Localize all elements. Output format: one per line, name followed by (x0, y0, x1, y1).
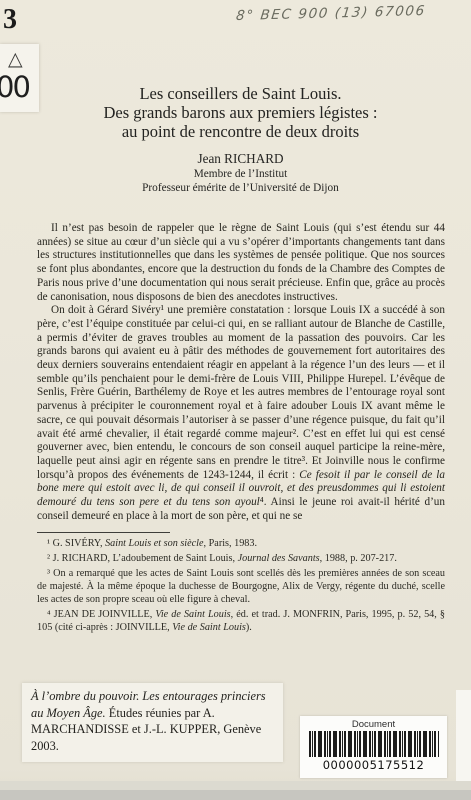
footnote-4: ⁴ JEAN DE JOINVILLE, Vie de Saint Louis,… (37, 609, 445, 635)
body-text-column: Il n’est pas besoin de rappeler que le r… (37, 222, 445, 637)
scan-band-dark (0, 790, 471, 800)
barcode-icon (309, 731, 439, 757)
title-line-1: Les conseillers de Saint Louis. (37, 84, 444, 103)
footnote-1: ¹ G. SIVÉRY, Saint Louis et son siècle, … (37, 538, 445, 551)
triangle-mark-icon: △ (8, 48, 23, 70)
page-corner-number: 3 (3, 4, 17, 36)
scan-edge-right (456, 690, 471, 788)
title-line-2: Des grands barons aux premiers légistes … (37, 103, 444, 122)
author-role-1: Membre de l’Institut (37, 168, 444, 182)
footnote-1-suffix: , Paris, 1983. (204, 538, 257, 549)
author-block: Jean RICHARD Membre de l’Institut Profes… (37, 151, 444, 196)
barcode-number: 0000005175512 (323, 758, 425, 772)
paragraph2-text: On doit à Gérard Sivéry¹ une première co… (37, 304, 445, 480)
spine-label-number: 00 (0, 70, 29, 104)
footnote-1-text: ¹ G. SIVÉRY, (47, 538, 105, 549)
scanned-article-page: 3 △ 00 8° BEC 900 (13) 67006 Les conseil… (0, 0, 471, 800)
author-role-2: Professeur émérite de l’Université de Di… (37, 182, 444, 196)
scan-band-light (0, 781, 471, 790)
title-line-3: au point de rencontre de deux droits (37, 122, 444, 141)
footnote-4-title-2: Vie de Saint Louis (172, 622, 246, 633)
footnote-2-suffix: , 1988, p. 207-217. (320, 553, 397, 564)
article-title: Les conseillers de Saint Louis. Des gran… (37, 84, 444, 141)
footnotes-block: ¹ G. SIVÉRY, Saint Louis et son siècle, … (37, 538, 445, 634)
footnote-2-text: ² J. RICHARD, L’adoubement de Saint Loui… (47, 553, 238, 564)
footnote-4-suffix: ). (246, 622, 252, 633)
footnote-separator-rule (37, 532, 170, 533)
footnote-1-title: Saint Louis et son siècle (105, 538, 203, 549)
library-spine-label: △ 00 (0, 44, 39, 112)
body-paragraph-1: Il n’est pas besoin de rappeler que le r… (37, 222, 445, 304)
body-paragraph-2: On doit à Gérard Sivéry¹ une première co… (37, 304, 445, 523)
barcode-caption: Document (352, 719, 395, 730)
handwritten-call-number: 8° BEC 900 (13) 67006 (235, 2, 462, 24)
footnote-4-text: ⁴ JEAN DE JOINVILLE, (47, 609, 155, 620)
footnote-3: ³ On a remarqué que les actes de Saint L… (37, 568, 445, 607)
footnote-2-journal: Journal des Savants (238, 553, 320, 564)
library-barcode-sticker: Document 0000005175512 (300, 716, 447, 778)
footnote-2: ² J. RICHARD, L’adoubement de Saint Loui… (37, 553, 445, 566)
footnote-4-title: Vie de Saint Louis (155, 609, 230, 620)
volume-citation-slip: À l’ombre du pouvoir. Les entourages pri… (22, 683, 283, 762)
author-name: Jean RICHARD (37, 151, 444, 167)
